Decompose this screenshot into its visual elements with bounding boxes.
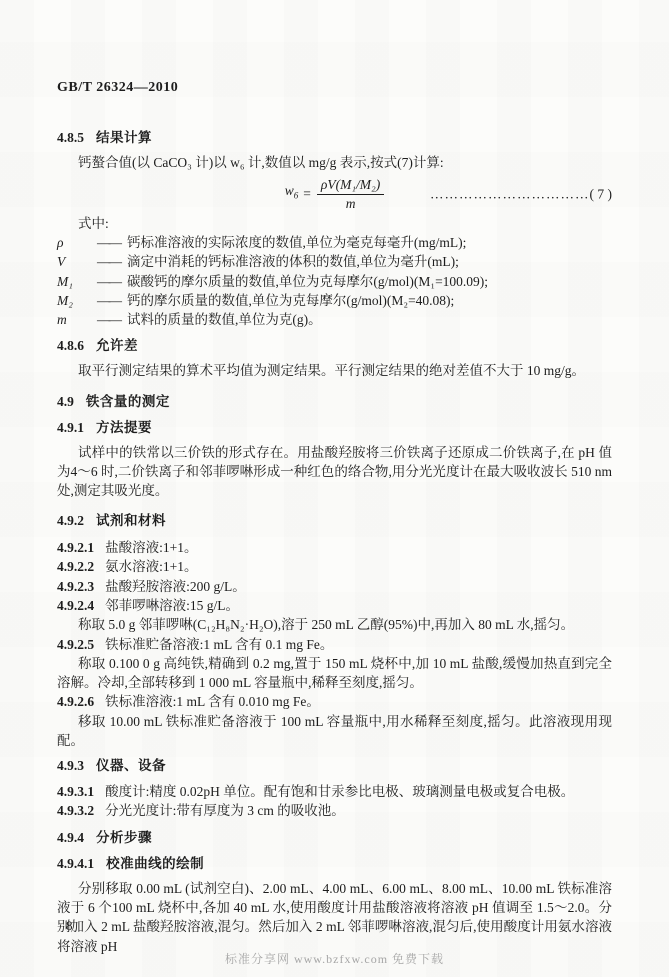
section-number: 4.9.1 (57, 420, 84, 435)
section-title: 结果计算 (96, 130, 152, 145)
fraction: ρV(M₁/M₂) m (317, 176, 384, 212)
section-number: 4.9.2 (57, 513, 84, 528)
section-number: 4.9.4 (57, 830, 84, 845)
symbol: M₂ (57, 291, 97, 310)
clause-text: 氨水溶液:1+1。 (105, 559, 197, 574)
paragraph-calcium-chelation-intro: 钙螯合值(以 CaCO₃ 计)以 w₆ 计,数值以 mg/g 表示,按式(7)计… (57, 153, 612, 172)
section-heading-4-9-4: 4.9.4分析步骤 (57, 828, 612, 847)
equation-7-row: w6 = ρV(M₁/M₂) m ……………………………( 7 ) (57, 174, 612, 214)
section-title: 仪器、设备 (96, 758, 166, 773)
symbol: M₁ (57, 272, 97, 291)
clause-4-9-2-2: 4.9.2.2氨水溶液:1+1。 (57, 557, 612, 576)
scanned-standard-page: GB/T 26324—2010 4.8.5结果计算 钙螯合值(以 CaCO₃ 计… (0, 0, 669, 977)
clause-text: 邻菲啰啉溶液:15 g/L。 (105, 598, 239, 613)
definition-row-m2: M₂——钙的摩尔质量的数值,单位为克每摩尔(g/mol)(M₂=40.08); (57, 291, 612, 310)
clause-4-9-2-5: 4.9.2.5铁标准贮备溶液:1 mL 含有 0.1 mg Fe。 (57, 635, 612, 654)
definition-row-m: m——试料的质量的数值,单位为克(g)。 (57, 310, 612, 329)
clause-number: 4.9.2.6 (57, 694, 94, 709)
equation-reference: ……………………………( 7 ) (430, 184, 612, 203)
section-number: 4.9.3 (57, 758, 84, 773)
symbol: ρ (57, 233, 97, 252)
paragraph-method-summary: 试样中的铁常以三价铁的形式存在。用盐酸羟胺将三价铁离子还原成二价铁离子,在 pH… (57, 443, 612, 501)
definition-text: 钙的摩尔质量的数值,单位为克每摩尔(g/mol)(M₂=40.08); (127, 291, 612, 310)
where-label: 式中: (57, 214, 612, 233)
symbol: m (57, 310, 97, 329)
dot-leader: …………………………… (430, 186, 590, 201)
definition-text: 钙标准溶液的实际浓度的数值,单位为毫克每毫升(mg/mL); (127, 233, 612, 252)
paragraph-phenanthroline-prep: 称取 5.0 g 邻菲啰啉(C₁₂H₈N₂·H₂O),溶于 250 mL 乙醇(… (57, 615, 612, 634)
section-heading-4-8-5: 4.8.5结果计算 (57, 128, 612, 147)
clause-number: 4.9.2.3 (57, 579, 94, 594)
definition-row-rho: ρ——钙标准溶液的实际浓度的数值,单位为毫克每毫升(mg/mL); (57, 233, 612, 252)
section-number: 4.8.6 (57, 338, 84, 353)
clause-text: 分光光度计:带有厚度为 3 cm 的吸收池。 (105, 803, 345, 818)
clause-number: 4.9.2.4 (57, 598, 94, 613)
section-heading-4-9: 4.9铁含量的测定 (57, 392, 612, 411)
clause-4-9-3-1: 4.9.3.1酸度计:精度 0.02pH 单位。配有饱和甘汞参比电极、玻璃测量电… (57, 782, 612, 801)
clause-number: 4.9.2.2 (57, 559, 94, 574)
clause-text: 盐酸羟胺溶液:200 g/L。 (105, 579, 246, 594)
section-heading-4-9-2: 4.9.2试剂和材料 (57, 511, 612, 530)
symbol-definition-list: ρ——钙标准溶液的实际浓度的数值,单位为毫克每毫升(mg/mL); V——滴定中… (57, 233, 612, 329)
page-number: 8 (66, 916, 73, 935)
dash: —— (97, 233, 127, 252)
section-title: 允许差 (96, 338, 138, 353)
dash: —— (97, 291, 127, 310)
paragraph-calibration-curve: 分别移取 0.00 mL (试剂空白)、2.00 mL、4.00 mL、6.00… (57, 879, 612, 956)
section-number: 4.9 (57, 394, 74, 409)
document-number-header: GB/T 26324—2010 (57, 78, 612, 97)
definition-text: 滴定中消耗的钙标准溶液的体积的数值,单位为毫升(mL); (127, 252, 612, 271)
clause-4-9-2-6: 4.9.2.6铁标准溶液:1 mL 含有 0.010 mg Fe。 (57, 692, 612, 711)
definition-row-m1: M₁——碳酸钙的摩尔质量的数值,单位为克每摩尔(g/mol)(M₁=100.09… (57, 272, 612, 291)
equation-lhs: w6 (285, 181, 299, 206)
section-heading-4-9-1: 4.9.1方法提要 (57, 418, 612, 437)
section-heading-4-8-6: 4.8.6允许差 (57, 336, 612, 355)
dash: —— (97, 310, 127, 329)
paragraph-iron-stock-prep: 称取 0.100 0 g 高纯铁,精确到 0.2 mg,置于 150 mL 烧杯… (57, 654, 612, 693)
section-title: 铁含量的测定 (86, 394, 170, 409)
section-title: 方法提要 (96, 420, 152, 435)
clause-text: 酸度计:精度 0.02pH 单位。配有饱和甘汞参比电极、玻璃测量电极或复合电极。 (105, 784, 574, 799)
clause-text: 盐酸溶液:1+1。 (105, 540, 197, 555)
symbol: V (57, 252, 97, 271)
section-number: 4.8.5 (57, 130, 84, 145)
clause-number: 4.9.2.5 (57, 637, 94, 652)
section-title: 试剂和材料 (96, 513, 166, 528)
section-number: 4.9.4.1 (57, 856, 94, 871)
fraction-denominator: m (346, 195, 356, 212)
watermark-footer: 标准分享网 www.bzfxw.com 免费下载 (0, 950, 669, 969)
clause-number: 4.9.3.1 (57, 784, 94, 799)
clause-4-9-3-2: 4.9.3.2分光光度计:带有厚度为 3 cm 的吸收池。 (57, 801, 612, 820)
clause-text: 铁标准贮备溶液:1 mL 含有 0.1 mg Fe。 (105, 637, 333, 652)
fraction-numerator: ρV(M₁/M₂) (317, 176, 384, 195)
dash: —— (97, 272, 127, 291)
clause-number: 4.9.3.2 (57, 803, 94, 818)
clause-4-9-2-3: 4.9.2.3盐酸羟胺溶液:200 g/L。 (57, 577, 612, 596)
definition-text: 碳酸钙的摩尔质量的数值,单位为克每摩尔(g/mol)(M₁=100.09); (127, 272, 612, 291)
section-heading-4-9-4-1: 4.9.4.1校准曲线的绘制 (57, 854, 612, 873)
clause-4-9-2-1: 4.9.2.1盐酸溶液:1+1。 (57, 538, 612, 557)
paragraph-iron-standard-prep: 移取 10.00 mL 铁标准贮备溶液于 100 mL 容量瓶中,用水稀释至刻度… (57, 712, 612, 751)
section-heading-4-9-3: 4.9.3仪器、设备 (57, 756, 612, 775)
section-title: 校准曲线的绘制 (106, 856, 204, 871)
paragraph-tolerance: 取平行测定结果的算术平均值为测定结果。平行测定结果的绝对差值不大于 10 mg/… (57, 361, 612, 380)
section-title: 分析步骤 (96, 830, 152, 845)
clause-text: 铁标准溶液:1 mL 含有 0.010 mg Fe。 (105, 694, 320, 709)
clause-4-9-2-4: 4.9.2.4邻菲啰啉溶液:15 g/L。 (57, 596, 612, 615)
definition-row-v: V——滴定中消耗的钙标准溶液的体积的数值,单位为毫升(mL); (57, 252, 612, 271)
definition-text: 试料的质量的数值,单位为克(g)。 (127, 310, 612, 329)
clause-number: 4.9.2.1 (57, 540, 94, 555)
dash: —— (97, 252, 127, 271)
equation-number: ( 7 ) (590, 186, 613, 201)
equals-sign: = (303, 184, 311, 203)
